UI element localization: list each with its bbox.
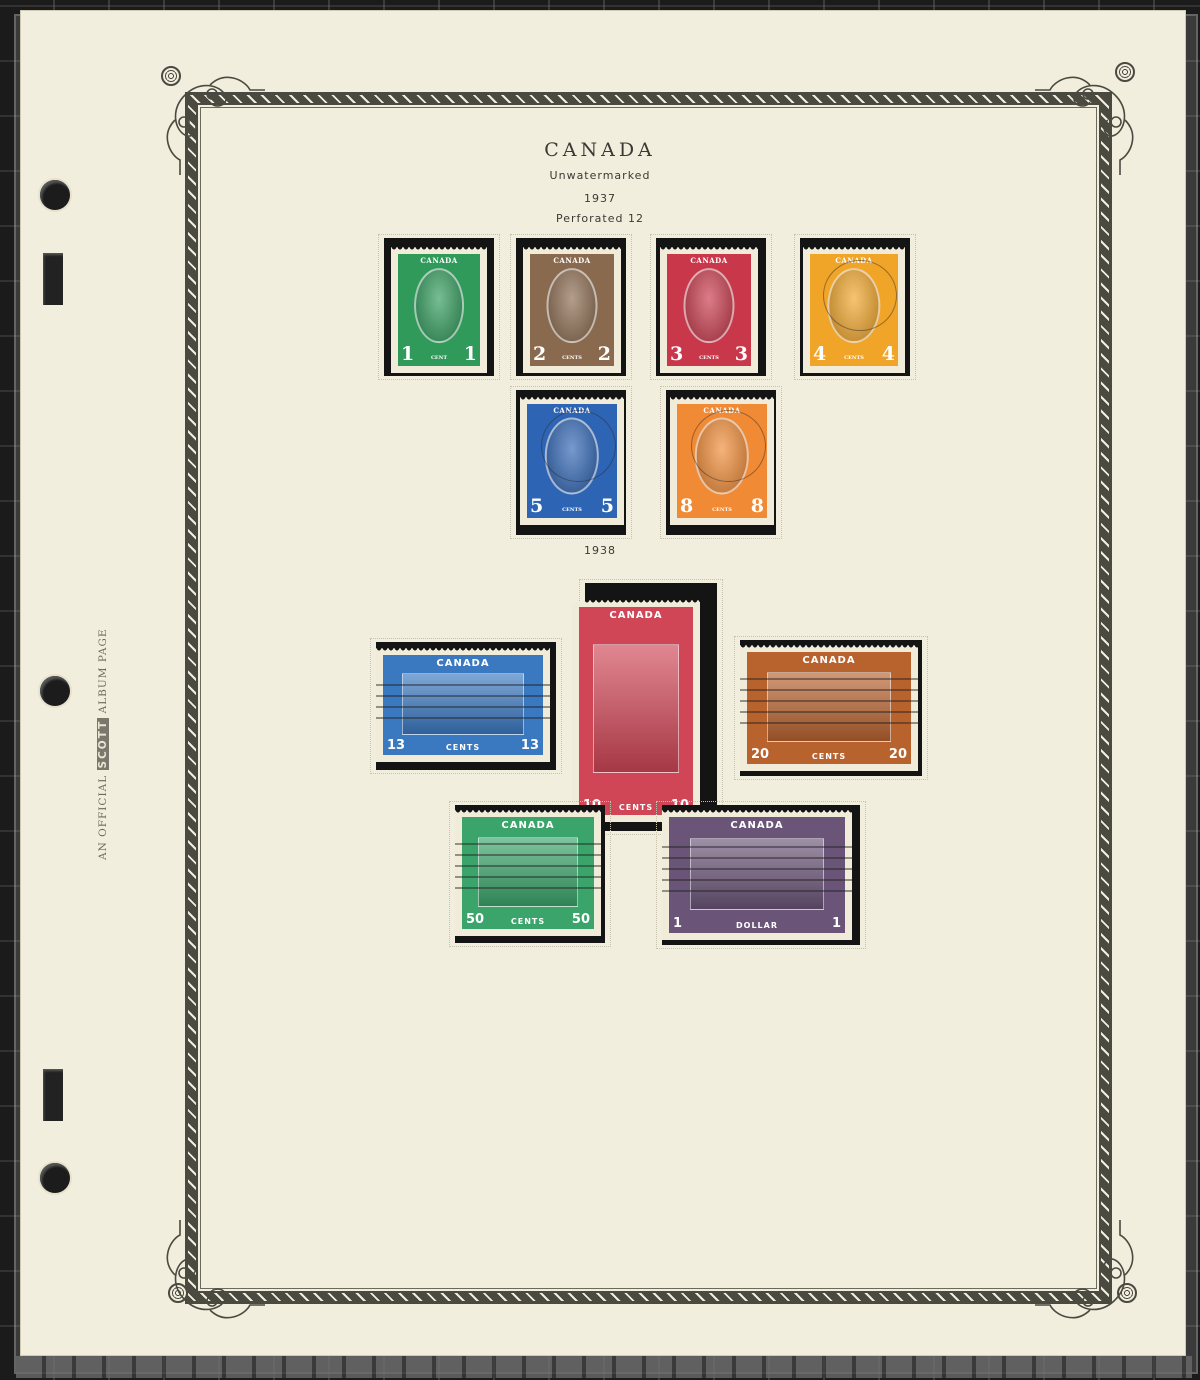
scott-brand: SCOTT [97, 718, 109, 771]
stamp-design: CANADA 13 CENTS 13 [383, 655, 543, 755]
stamp-country: CANADA [609, 610, 662, 621]
binder-hole [40, 1163, 70, 1193]
stamp-unit: CENTS [844, 355, 864, 361]
stamp-unit: CENTS [562, 507, 582, 513]
stamp-5-cents[interactable]: CANADA 5 CENTS 5 [520, 397, 624, 525]
stamp-value: 3 [735, 345, 748, 364]
stamp-value: 2 [598, 345, 611, 364]
stamp-8-cents[interactable]: CANADA 8 CENTS 8 [670, 397, 774, 525]
stamp-design: CANADA 50 CENTS 50 [462, 817, 594, 929]
king-portrait-icon [545, 418, 599, 495]
king-portrait-icon [695, 418, 749, 495]
stamp-design: CANADA 5 CENTS 5 [527, 404, 617, 518]
stamp-3-cents[interactable]: CANADA 3 CENTS 3 [660, 247, 758, 373]
stamp-unit: CENTS [619, 803, 653, 812]
stamp-country: CANADA [553, 256, 590, 265]
scroll-ornament-icon [150, 1215, 270, 1335]
king-portrait-icon [414, 268, 464, 344]
section-year-1938: 1938 [0, 544, 1200, 557]
stamp-value: 8 [751, 497, 764, 516]
stamp-value: 50 [572, 913, 590, 926]
publisher-imprint: AN OFFICIAL SCOTT ALBUM PAGE [97, 628, 109, 860]
stamp-value: 8 [680, 497, 693, 516]
stamp-unit: CENT [431, 355, 447, 361]
stamp-unit: CENTS [511, 917, 545, 926]
stamp-value: 4 [813, 345, 826, 364]
stamp-country: CANADA [703, 406, 740, 415]
stamp-design: CANADA 20 CENTS 20 [747, 652, 911, 764]
stamp-scene-icon [690, 838, 824, 910]
stamp-13-cents[interactable]: CANADA 13 CENTS 13 [376, 648, 550, 762]
scroll-ornament-icon [150, 60, 270, 180]
stamp-4-cents[interactable]: CANADA 4 CENTS 4 [803, 247, 905, 373]
stamp-country: CANADA [690, 256, 727, 265]
binder-hole [40, 676, 70, 706]
scroll-ornament-icon [1030, 60, 1150, 180]
stamp-scene-icon [478, 837, 578, 906]
stamp-value: 13 [521, 739, 539, 752]
page-title: CANADA [0, 139, 1200, 161]
stamp-scene-icon [593, 644, 680, 773]
imprint-suffix: ALBUM PAGE [97, 628, 109, 713]
stamp-country: CANADA [730, 820, 783, 831]
stamp-design: CANADA 4 CENTS 4 [810, 254, 898, 366]
stamp-unit: CENTS [446, 743, 480, 752]
stamp-value: 2 [533, 345, 546, 364]
king-portrait-icon [827, 268, 880, 344]
stamp-value: 5 [530, 497, 543, 516]
stamp-1-dollar[interactable]: CANADA 1 DOLLAR 1 [662, 810, 852, 940]
stamp-value: 3 [670, 345, 683, 364]
stamp-country: CANADA [835, 256, 872, 265]
stamp-design: CANADA 10 CENTS 10 [579, 607, 693, 815]
scroll-ornament-icon [1030, 1215, 1150, 1335]
stamp-design: CANADA 1 DOLLAR 1 [669, 817, 845, 933]
stamp-design: CANADA 3 CENTS 3 [667, 254, 751, 366]
stamp-value: 1 [401, 345, 414, 364]
binder-slot [43, 253, 63, 305]
stamp-unit: CENTS [812, 752, 846, 761]
stamp-scene-icon [767, 672, 892, 741]
stamp-value: 50 [466, 913, 484, 926]
stamp-value: 20 [751, 748, 769, 761]
stamp-design: CANADA 2 CENTS 2 [530, 254, 614, 366]
stamp-value: 1 [464, 345, 477, 364]
stamp-country: CANADA [553, 406, 590, 415]
stamp-value: 13 [387, 739, 405, 752]
sleeve-strip [16, 1356, 1192, 1378]
stamp-scene-icon [402, 673, 524, 735]
stamp-10-cents[interactable]: CANADA 10 CENTS 10 [572, 600, 700, 822]
stamp-value: 1 [673, 917, 682, 930]
perforation-label: Perforated 12 [0, 212, 1200, 225]
stamp-unit: CENTS [562, 355, 582, 361]
stamp-20-cents[interactable]: CANADA 20 CENTS 20 [740, 645, 918, 771]
stamp-value: 20 [889, 748, 907, 761]
stamp-2-cents[interactable]: CANADA 2 CENTS 2 [523, 247, 621, 373]
stamp-country: CANADA [420, 256, 457, 265]
stamp-unit: CENTS [699, 355, 719, 361]
stamp-value: 1 [832, 917, 841, 930]
stamp-country: CANADA [501, 820, 554, 831]
stamp-50-cents[interactable]: CANADA 50 CENTS 50 [455, 810, 601, 936]
stamp-design: CANADA 1 CENT 1 [398, 254, 480, 366]
stamp-country: CANADA [802, 655, 855, 666]
binder-slot [43, 1069, 63, 1121]
watermark-label: Unwatermarked [0, 169, 1200, 182]
section-year-1937: 1937 [0, 192, 1200, 205]
stamp-1-cent[interactable]: CANADA 1 CENT 1 [391, 247, 487, 373]
stamp-value: 4 [882, 345, 895, 364]
stamp-value: 5 [601, 497, 614, 516]
stamp-unit: CENTS [712, 507, 732, 513]
stamp-unit: DOLLAR [736, 921, 778, 930]
stamp-country: CANADA [436, 658, 489, 669]
stamp-design: CANADA 8 CENTS 8 [677, 404, 767, 518]
king-portrait-icon [546, 268, 597, 344]
imprint-prefix: AN OFFICIAL [97, 775, 109, 860]
king-portrait-icon [683, 268, 734, 344]
